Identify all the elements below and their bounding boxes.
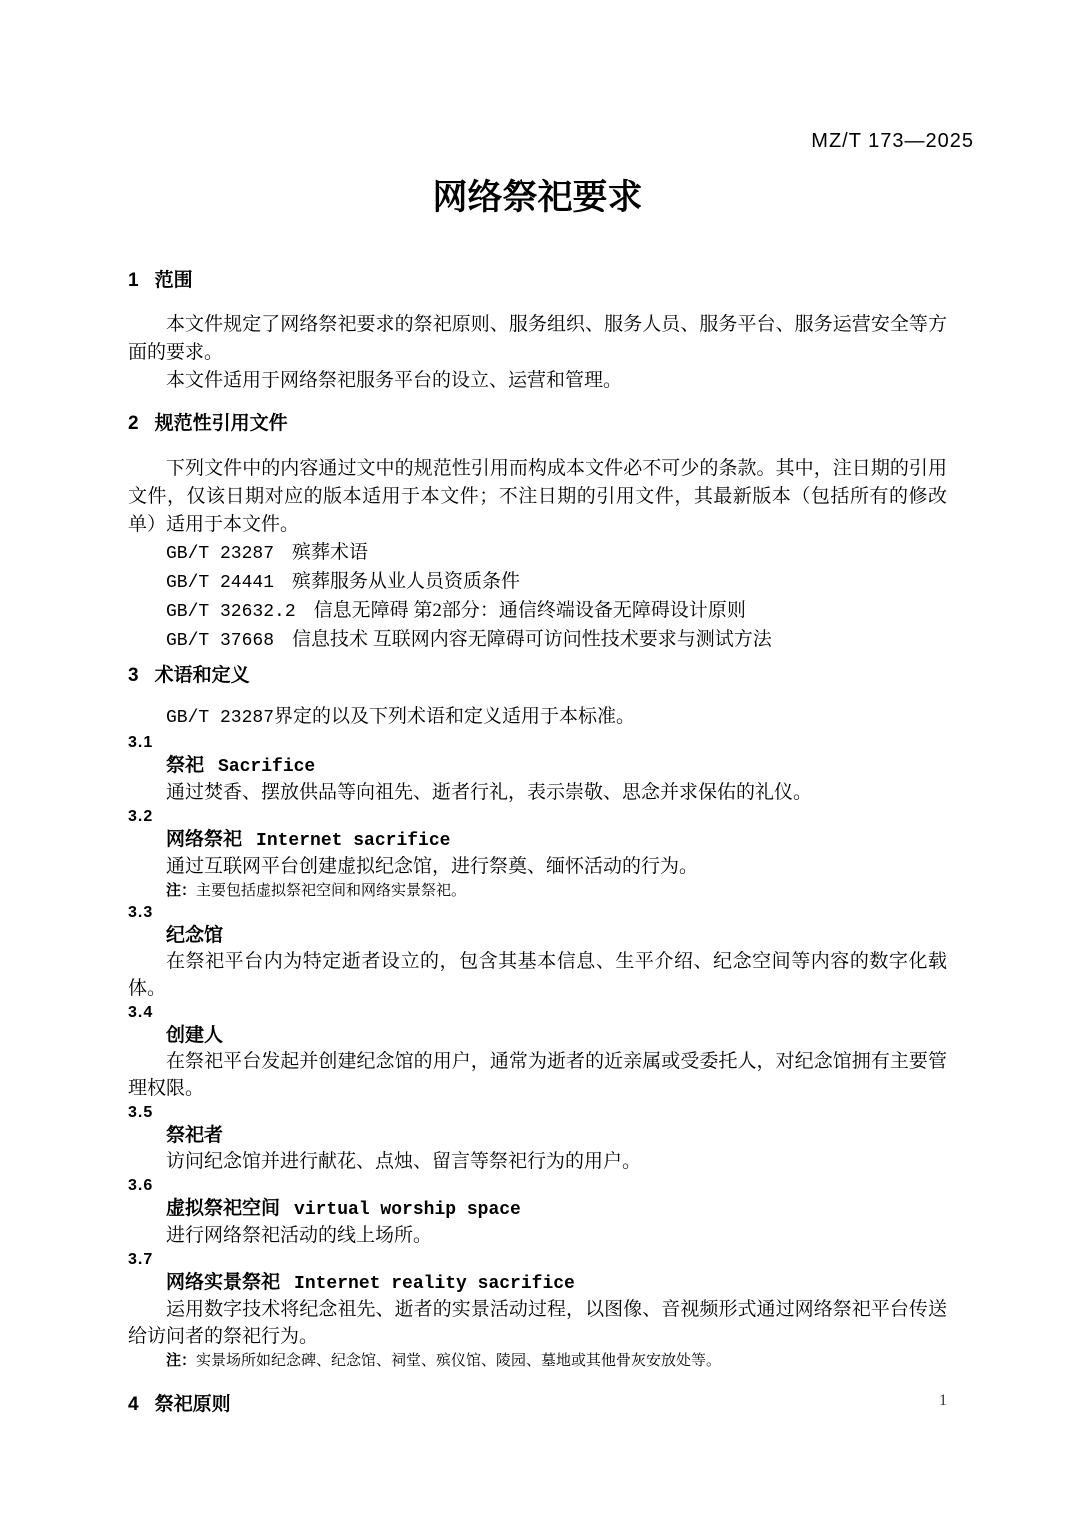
reference-title: 信息技术 互联网内容无障碍可访问性技术要求与测试方法 bbox=[292, 629, 772, 650]
term-note: 注：实景场所如纪念碑、纪念馆、祠堂、殡仪馆、陵园、墓地或其他骨灰安放处等。 bbox=[128, 1350, 947, 1372]
term-name-zh: 祭祀者 bbox=[166, 1125, 223, 1146]
term-name-zh: 网络实景祭祀 bbox=[166, 1272, 280, 1293]
section-label: 祭祀原则 bbox=[155, 1394, 231, 1415]
term-name: 祭祀者 bbox=[128, 1124, 947, 1148]
reference-item: GB/T 23287殡葬术语 bbox=[128, 539, 947, 568]
page-number: 1 bbox=[939, 1392, 947, 1410]
term-number: 3.2 bbox=[128, 806, 947, 828]
term-item: 3.4 创建人 在祭祀平台发起并创建纪念馆的用户，通常为逝者的近亲属或受委托人，… bbox=[128, 1002, 947, 1102]
term-number: 3.7 bbox=[128, 1249, 947, 1271]
doc-number: MZ/T 173—2025 bbox=[128, 130, 974, 152]
term-name-en: virtual worship space bbox=[294, 1200, 521, 1220]
section-heading-terms-definitions: 3术语和定义 bbox=[128, 663, 947, 688]
reference-code: GB/T 23287 bbox=[166, 544, 274, 564]
term-name: 虚拟祭祀空间virtual worship space bbox=[128, 1197, 947, 1222]
term-number: 3.6 bbox=[128, 1175, 947, 1197]
section-number: 2 bbox=[128, 413, 139, 434]
term-name-zh: 虚拟祭祀空间 bbox=[166, 1198, 280, 1219]
term-name-zh: 祭祀 bbox=[166, 755, 204, 776]
term-name: 纪念馆 bbox=[128, 924, 947, 948]
note-label: 注： bbox=[166, 1352, 196, 1369]
reference-title: 信息无障碍 第2部分：通信终端设备无障碍设计原则 bbox=[314, 600, 746, 621]
section-number: 1 bbox=[128, 270, 139, 291]
reference-code: GB/T 23287 bbox=[166, 708, 274, 728]
note-text: 主要包括虚拟祭祀空间和网络实景祭祀。 bbox=[196, 883, 466, 899]
section-label: 术语和定义 bbox=[155, 665, 250, 686]
reference-item: GB/T 32632.2信息无障碍 第2部分：通信终端设备无障碍设计原则 bbox=[128, 597, 947, 626]
term-item: 3.7 网络实景祭祀Internet reality sacrifice 运用数… bbox=[128, 1249, 947, 1372]
term-definition: 运用数字技术将纪念祖先、逝者的实景活动过程，以图像、音视频形式通过网络祭祀平台传… bbox=[128, 1296, 947, 1350]
term-name: 祭祀Sacrifice bbox=[128, 754, 947, 779]
term-number: 3.4 bbox=[128, 1002, 947, 1024]
term-name-en: Internet sacrifice bbox=[256, 831, 450, 851]
section-label: 规范性引用文件 bbox=[155, 413, 288, 434]
term-name-zh: 创建人 bbox=[166, 1025, 223, 1046]
term-item: 3.6 虚拟祭祀空间virtual worship space 进行网络祭祀活动… bbox=[128, 1175, 947, 1249]
term-number: 3.5 bbox=[128, 1102, 947, 1124]
term-definition: 进行网络祭祀活动的线上场所。 bbox=[128, 1222, 947, 1249]
reference-item: GB/T 37668信息技术 互联网内容无障碍可访问性技术要求与测试方法 bbox=[128, 626, 947, 655]
term-name-zh: 纪念馆 bbox=[166, 925, 223, 946]
reference-code: GB/T 24441 bbox=[166, 573, 274, 593]
reference-code: GB/T 32632.2 bbox=[166, 602, 296, 622]
reference-title: 殡葬服务从业人员资质条件 bbox=[292, 571, 520, 592]
section-number: 3 bbox=[128, 665, 139, 686]
reference-code: GB/T 37668 bbox=[166, 631, 274, 651]
term-number: 3.1 bbox=[128, 732, 947, 754]
paragraph-refs-intro: 下列文件中的内容通过文中的规范性引用而构成本文件必不可少的条款。其中，注日期的引… bbox=[128, 455, 947, 539]
section-heading-normative-references: 2规范性引用文件 bbox=[128, 411, 947, 436]
note-label: 注： bbox=[166, 882, 196, 899]
section-heading-scope: 1范围 bbox=[128, 268, 947, 293]
term-item: 3.2 网络祭祀Internet sacrifice 通过互联网平台创建虚拟纪念… bbox=[128, 806, 947, 902]
term-name: 创建人 bbox=[128, 1024, 947, 1048]
term-note: 注：主要包括虚拟祭祀空间和网络实景祭祀。 bbox=[128, 880, 947, 902]
reference-title: 殡葬术语 bbox=[292, 542, 368, 563]
term-item: 3.5 祭祀者 访问纪念馆并进行献花、点烛、留言等祭祀行为的用户。 bbox=[128, 1102, 947, 1175]
term-name: 网络祭祀Internet sacrifice bbox=[128, 828, 947, 853]
term-name-en: Internet reality sacrifice bbox=[294, 1274, 575, 1294]
term-definition: 在祭祀平台发起并创建纪念馆的用户，通常为逝者的近亲属或受委托人，对纪念馆拥有主要… bbox=[128, 1048, 947, 1102]
section-label: 范围 bbox=[155, 270, 193, 291]
reference-item: GB/T 24441殡葬服务从业人员资质条件 bbox=[128, 568, 947, 597]
term-definition: 通过焚香、摆放供品等向祖先、逝者行礼，表示崇敬、思念并求保佑的礼仪。 bbox=[128, 779, 947, 806]
term-item: 3.3 纪念馆 在祭祀平台内为特定逝者设立的，包含其基本信息、生平介绍、纪念空间… bbox=[128, 902, 947, 1002]
paragraph-terms-intro: GB/T 23287界定的以及下列术语和定义适用于本标准。 bbox=[128, 703, 947, 732]
section-heading-sacrifice-principles: 4祭祀原则 bbox=[128, 1392, 947, 1417]
term-definition: 访问纪念馆并进行献花、点烛、留言等祭祀行为的用户。 bbox=[128, 1148, 947, 1175]
document-page: MZ/T 173—2025 网络祭祀要求 1范围 本文件规定了网络祭祀要求的祭祀… bbox=[0, 0, 1074, 1520]
term-definition: 在祭祀平台内为特定逝者设立的，包含其基本信息、生平介绍、纪念空间等内容的数字化载… bbox=[128, 948, 947, 1002]
document-body: 1范围 本文件规定了网络祭祀要求的祭祀原则、服务组织、服务人员、服务平台、服务运… bbox=[128, 268, 974, 1417]
term-item: 3.1 祭祀Sacrifice 通过焚香、摆放供品等向祖先、逝者行礼，表示崇敬、… bbox=[128, 732, 947, 806]
paragraph-scope-1: 本文件规定了网络祭祀要求的祭祀原则、服务组织、服务人员、服务平台、服务运营安全等… bbox=[128, 311, 947, 367]
term-name-zh: 网络祭祀 bbox=[166, 829, 242, 850]
terms-intro-text: 界定的以及下列术语和定义适用于本标准。 bbox=[274, 706, 635, 727]
term-definition: 通过互联网平台创建虚拟纪念馆，进行祭奠、缅怀活动的行为。 bbox=[128, 853, 947, 880]
term-name: 网络实景祭祀Internet reality sacrifice bbox=[128, 1271, 947, 1296]
page-title: 网络祭祀要求 bbox=[128, 178, 947, 218]
term-number: 3.3 bbox=[128, 902, 947, 924]
section-number: 4 bbox=[128, 1394, 139, 1415]
note-text: 实景场所如纪念碑、纪念馆、祠堂、殡仪馆、陵园、墓地或其他骨灰安放处等。 bbox=[196, 1353, 721, 1369]
paragraph-scope-2: 本文件适用于网络祭祀服务平台的设立、运营和管理。 bbox=[128, 367, 947, 395]
term-name-en: Sacrifice bbox=[218, 757, 315, 777]
